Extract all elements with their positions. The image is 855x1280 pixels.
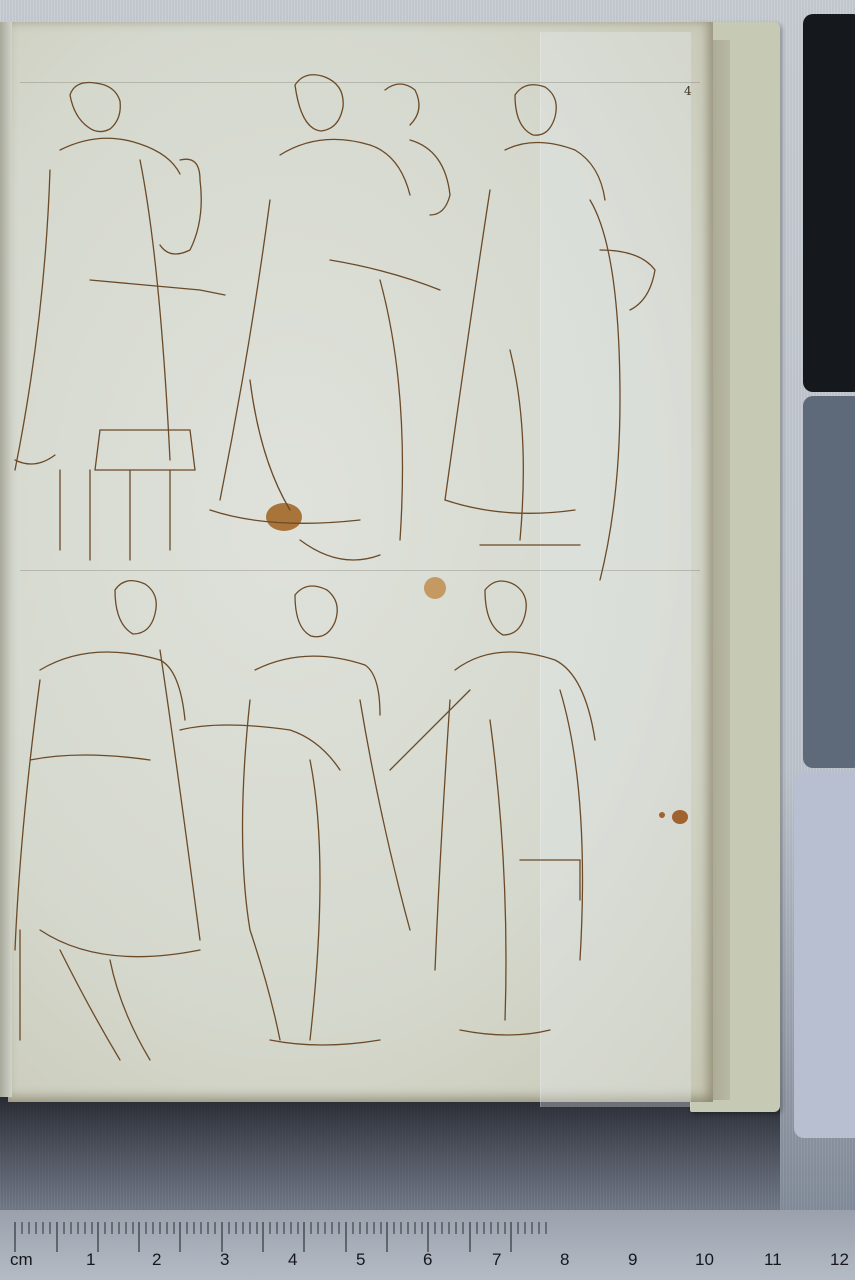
figure-sketch bbox=[210, 75, 450, 560]
book-shadow bbox=[0, 1095, 780, 1215]
ruler-label: 11 bbox=[764, 1250, 782, 1270]
ruler-label: 7 bbox=[492, 1250, 501, 1270]
figure-sketches bbox=[0, 0, 720, 1100]
figure-sketch bbox=[180, 586, 410, 1045]
ruler-label: 1 bbox=[86, 1250, 95, 1270]
ruler-label: 9 bbox=[628, 1250, 637, 1270]
figure-sketch bbox=[15, 581, 200, 1060]
ruler-label: cm bbox=[10, 1250, 33, 1270]
swatch-light-gray bbox=[794, 772, 855, 1138]
centimeter-ruler: cm 1 2 3 4 5 6 7 8 9 10 11 12 bbox=[0, 1210, 855, 1280]
figure-sketch bbox=[445, 85, 655, 580]
swatch-dark-gray bbox=[803, 396, 855, 768]
ruler-label: 2 bbox=[152, 1250, 161, 1270]
ruler-label: 6 bbox=[423, 1250, 432, 1270]
ruler-label: 8 bbox=[560, 1250, 569, 1270]
swatch-black bbox=[803, 14, 855, 392]
ruler-label: 4 bbox=[288, 1250, 297, 1270]
ruler-label: 5 bbox=[356, 1250, 365, 1270]
figure-sketch bbox=[15, 83, 225, 561]
figure-sketch bbox=[390, 581, 595, 1035]
ruler-label: 12 bbox=[830, 1250, 849, 1270]
ruler-label: 10 bbox=[695, 1250, 714, 1270]
ruler-label: 3 bbox=[220, 1250, 229, 1270]
